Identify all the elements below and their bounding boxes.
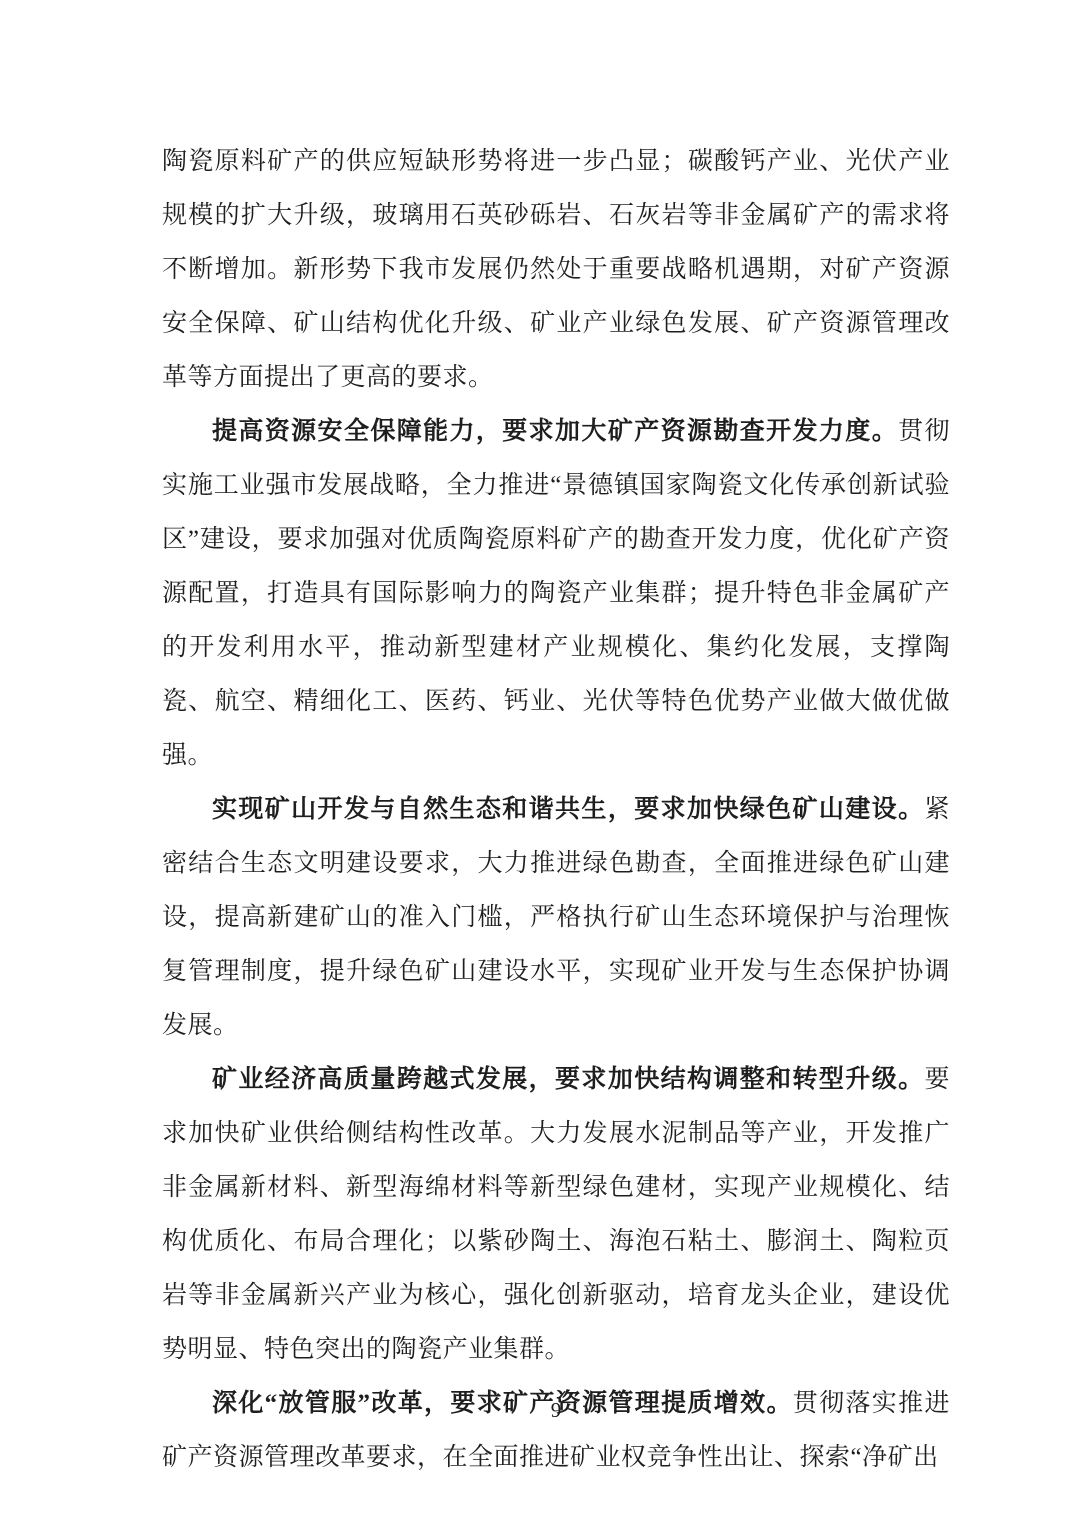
document-page: 陶瓷原料矿产的供应短缺形势将进一步凸显；碳酸钙产业、光伏产业规模的扩大升级，玻璃…	[0, 0, 1074, 1520]
paragraph-5: 深化“放管服”改革，要求矿产资源管理提质增效。贯彻落实推进矿产资源管理改革要求，…	[162, 1377, 950, 1485]
paragraph-2: 提高资源安全保障能力，要求加大矿产资源勘查开发力度。贯彻实施工业强市发展战略，全…	[162, 405, 950, 783]
paragraph-3: 实现矿山开发与自然生态和谐共生，要求加快绿色矿山建设。紧密结合生态文明建设要求，…	[162, 783, 950, 1053]
paragraph-1-text: 陶瓷原料矿产的供应短缺形势将进一步凸显；碳酸钙产业、光伏产业规模的扩大升级，玻璃…	[162, 148, 950, 391]
paragraph-4-text: 要求加快矿业供给侧结构性改革。大力发展水泥制品等产业，开发推广非金属新材料、新型…	[162, 1066, 950, 1363]
paragraph-1: 陶瓷原料矿产的供应短缺形势将进一步凸显；碳酸钙产业、光伏产业规模的扩大升级，玻璃…	[162, 135, 950, 405]
paragraph-2-text: 贯彻实施工业强市发展战略，全力推进“景德镇国家陶瓷文化传承创新试验区”建设，要求…	[162, 418, 950, 769]
page-footer: 9	[162, 1398, 950, 1422]
paragraph-4-lead: 矿业经济高质量跨越式发展，要求加快结构调整和转型升级。	[212, 1066, 924, 1093]
document-body: 陶瓷原料矿产的供应短缺形势将进一步凸显；碳酸钙产业、光伏产业规模的扩大升级，玻璃…	[162, 135, 950, 1485]
paragraph-3-text: 紧密结合生态文明建设要求，大力推进绿色勘查，全面推进绿色矿山建设，提高新建矿山的…	[162, 796, 950, 1039]
page-number: 9	[551, 1398, 562, 1422]
paragraph-3-lead: 实现矿山开发与自然生态和谐共生，要求加快绿色矿山建设。	[212, 796, 924, 823]
paragraph-4: 矿业经济高质量跨越式发展，要求加快结构调整和转型升级。要求加快矿业供给侧结构性改…	[162, 1053, 950, 1377]
paragraph-2-lead: 提高资源安全保障能力，要求加大矿产资源勘查开发力度。	[212, 418, 898, 445]
